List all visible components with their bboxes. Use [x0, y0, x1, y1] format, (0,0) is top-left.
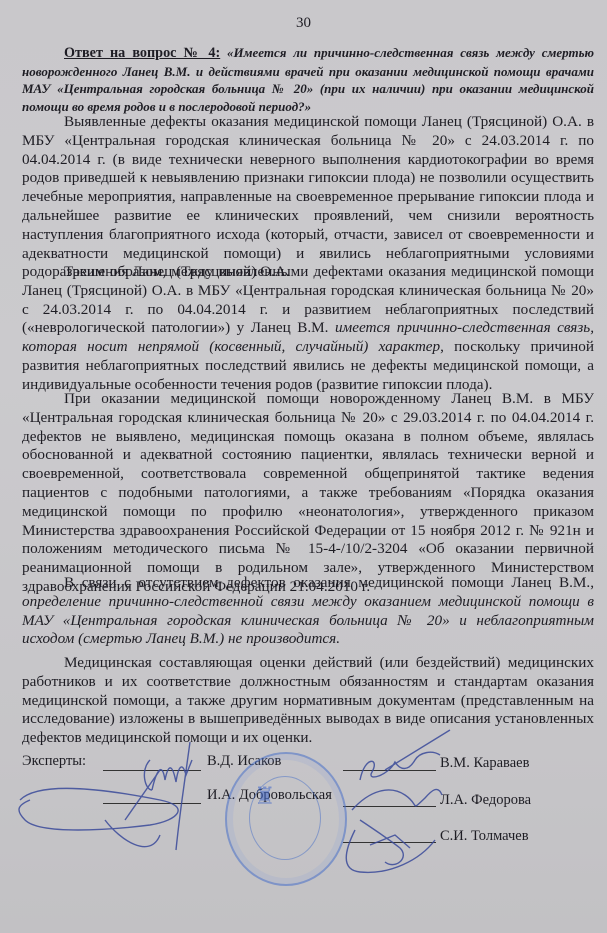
document-page: 30 Ответ на вопрос № 4: «Имеется ли прич… — [0, 0, 607, 933]
handwritten-signatures — [0, 0, 607, 933]
